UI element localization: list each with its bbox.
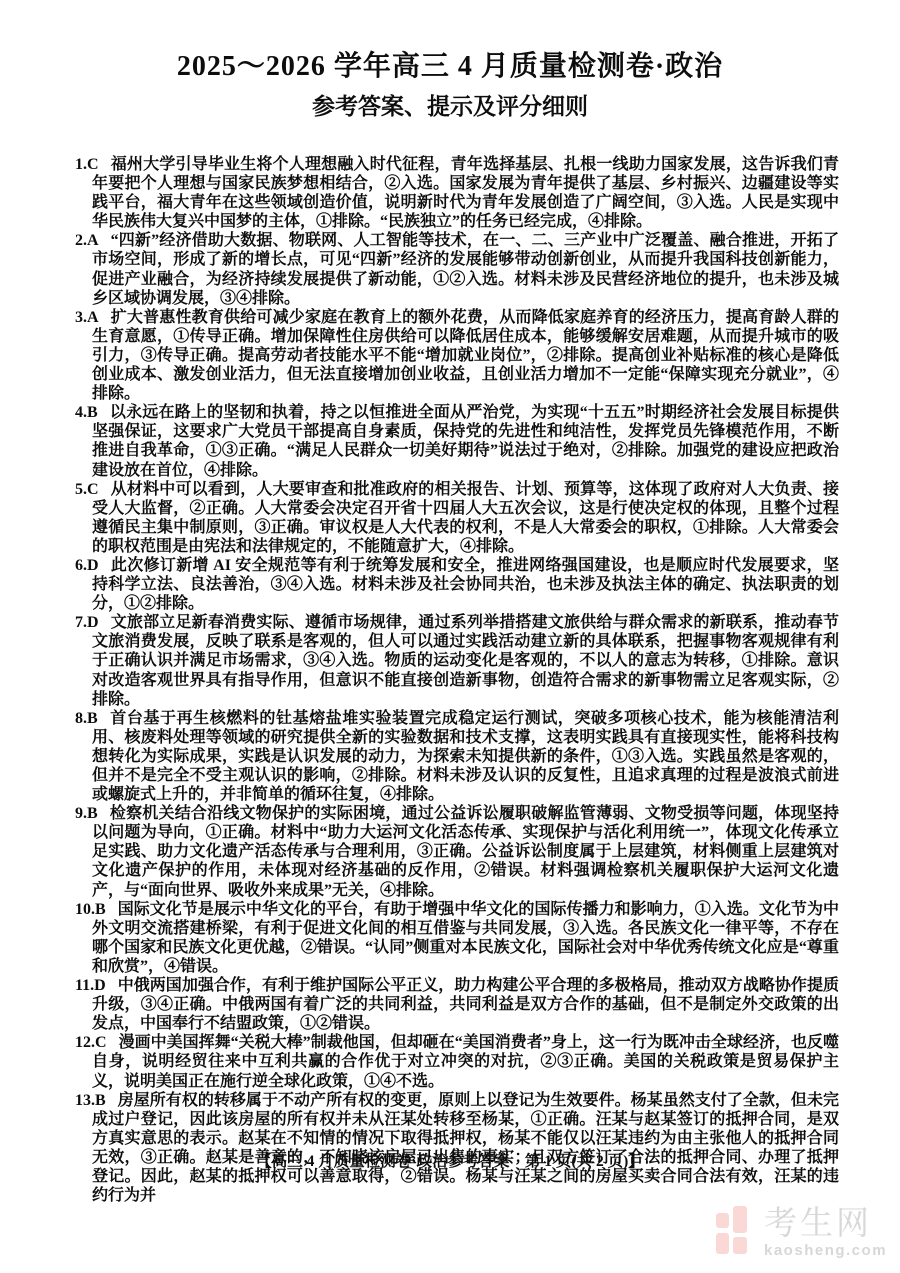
answer-item-10: 10.B国际文化节是展示中华文化的平台，有助于增强中华文化的国际传播力和影响力，… [75, 900, 839, 976]
answer-number: 2.A [75, 232, 99, 249]
logo-block [716, 1233, 729, 1254]
answer-item-3: 3.A扩大普惠性教育供给可减少家庭在教育上的额外花费，从而降低家庭养育的经济压力… [75, 308, 839, 403]
answer-item-4: 4.B以永远在路上的坚韧和执着，持之以恒推进全面从严治党，为实现“十五五”时期经… [75, 403, 839, 479]
answer-number: 5.C [75, 481, 99, 498]
answer-text: “四新”经济借助大数据、物联网、人工智能等技术，在一、二、三产业中广泛覆盖、融合… [92, 232, 839, 306]
footer-page-number: 第 1 页(共 2 页)】 [509, 1153, 643, 1170]
watermark-brand: 考生网 [764, 1206, 887, 1240]
answer-number: 12.C [75, 1034, 107, 1051]
answer-number: 11.D [75, 977, 106, 994]
answer-number: 7.D [75, 614, 99, 631]
answer-item-7: 7.D文旅部立足新春消费实际、遵循市场规律，通过系列举措搭建文旅供给与群众需求的… [75, 613, 839, 708]
answer-item-1: 1.C福州大学引导毕业生将个人理想融入时代征程，青年选择基层、扎根一线助力国家发… [75, 155, 839, 231]
answer-text: 此次修订新增 AI 安全规范等有利于统筹发展和安全，推进网络强国建设，也是顺应时… [92, 557, 839, 612]
answer-item-6: 6.D此次修订新增 AI 安全规范等有利于统筹发展和安全，推进网络强国建设，也是… [75, 556, 839, 613]
answer-item-5: 5.C从材料中可以看到，人大要审查和批准政府的相关报告、计划、预算等，这体现了政… [75, 480, 839, 556]
exam-answer-page: 2025～2026 学年高三 4 月质量检测卷·政治 参考答案、提示及评分细则 … [0, 0, 900, 1273]
kaosheng-logo-icon [716, 1206, 750, 1256]
answer-number: 4.B [75, 404, 98, 421]
footer-prefix: 【高三 4 月质量检测卷· [256, 1153, 416, 1170]
answer-number: 6.D [75, 557, 99, 574]
watermark-text: 考生网 kaosheng.com [764, 1206, 887, 1259]
kaosheng-watermark: 考生网 kaosheng.com [716, 1206, 887, 1259]
answer-list: 1.C福州大学引导毕业生将个人理想融入时代征程，青年选择基层、扎根一线助力国家发… [75, 155, 839, 1205]
answer-number: 10.B [75, 901, 106, 918]
answer-text: 房屋所有权的转移属于不动产所有权的变更，原则上以登记为生效要件。杨某虽然支付了全… [92, 1092, 839, 1204]
page-title: 2025～2026 学年高三 4 月质量检测卷·政治 [0, 50, 900, 84]
answer-item-13: 13.B房屋所有权的转移属于不动产所有权的变更，原则上以登记为生效要件。杨某虽然… [75, 1091, 839, 1206]
logo-block [733, 1237, 747, 1254]
answer-text: 福州大学引导毕业生将个人理想融入时代征程，青年选择基层、扎根一线助力国家发展，这… [92, 156, 839, 230]
answer-number: 1.C [75, 156, 99, 173]
footer-subject-title: 政治参考答案 [416, 1153, 509, 1170]
answer-text: 漫画中美国挥舞“关税大棒”制裁他国，但却砸在“美国消费者”身上，这一行为既冲击全… [92, 1034, 839, 1089]
answer-text: 国际文化节是展示中华文化的平台，有助于增强中华文化的国际传播力和影响力，①入选。… [92, 901, 839, 975]
logo-block [716, 1213, 729, 1228]
answer-item-12: 12.C漫画中美国挥舞“关税大棒”制裁他国，但却砸在“美国消费者”身上，这一行为… [75, 1033, 839, 1090]
answer-text: 以永远在路上的坚韧和执着，持之以恒推进全面从严治党，为实现“十五五”时期经济社会… [92, 404, 839, 478]
page-footer: 【高三 4 月质量检测卷·政治参考答案 第 1 页(共 2 页)】 [0, 1152, 900, 1172]
answer-text: 从材料中可以看到，人大要审查和批准政府的相关报告、计划、预算等，这体现了政府对人… [92, 481, 839, 555]
answer-number: 3.A [75, 309, 99, 326]
answer-item-2: 2.A“四新”经济借助大数据、物联网、人工智能等技术，在一、二、三产业中广泛覆盖… [75, 231, 839, 307]
answer-item-11: 11.D中俄两国加强合作，有利于维护国际公平正义，助力构建公平合理的多极格局，推… [75, 976, 839, 1033]
logo-block [733, 1206, 747, 1233]
answer-text: 扩大普惠性教育供给可减少家庭在教育上的额外花费，从而降低家庭养育的经济压力，提高… [92, 309, 839, 402]
answer-text: 检察机关结合沿线文物保护的实际困境，通过公益诉讼履职破解监管薄弱、文物受损等问题… [92, 805, 839, 898]
answer-text: 中俄两国加强合作，有利于维护国际公平正义，助力构建公平合理的多极格局，推动双方战… [92, 977, 839, 1032]
answer-number: 8.B [75, 710, 98, 727]
page-subtitle: 参考答案、提示及评分细则 [0, 92, 900, 120]
answer-number: 9.B [75, 805, 98, 822]
answer-item-9: 9.B检察机关结合沿线文物保护的实际困境，通过公益诉讼履职破解监管薄弱、文物受损… [75, 804, 839, 899]
answer-item-8: 8.B首台基于再生核燃料的钍基熔盐堆实验装置完成稳定运行测试，突破多项核心技术，… [75, 709, 839, 804]
answer-text: 文旅部立足新春消费实际、遵循市场规律，通过系列举措搭建文旅供给与群众需求的新联系… [92, 614, 839, 707]
watermark-domain: kaosheng.com [764, 1243, 887, 1259]
answer-text: 首台基于再生核燃料的钍基熔盐堆实验装置完成稳定运行测试，突破多项核心技术，能为核… [92, 710, 839, 803]
answer-number: 13.B [75, 1092, 106, 1109]
